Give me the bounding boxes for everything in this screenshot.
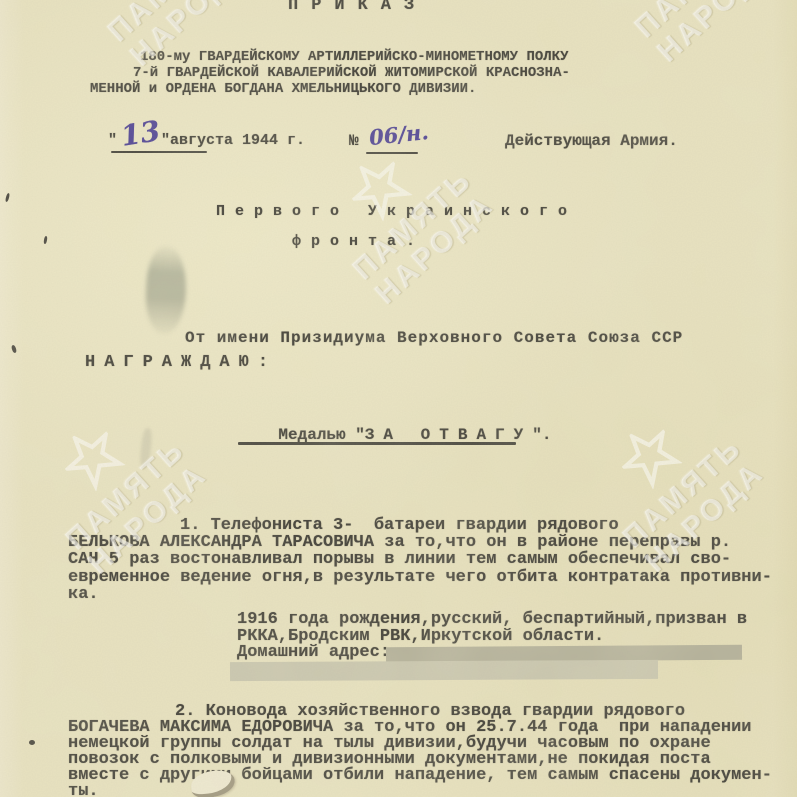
watermark-text-line2: НАРОДА [651, 0, 782, 69]
star-icon [609, 416, 688, 495]
ink-speck [29, 740, 35, 745]
entry-2-paragraph: 2. Коновода хозяйственного взвода гварди… [68, 704, 797, 797]
watermark-text-line1: ПАМЯТЬ [102, 0, 234, 48]
ink-mark-1 [5, 193, 10, 202]
medal-underline [238, 442, 516, 445]
date-month-year: "августа 1944 г. [161, 132, 305, 149]
medal-suffix: ". [532, 426, 551, 444]
doc-title: ПРИКАЗ [288, 0, 427, 15]
day-underline [111, 151, 207, 153]
header-line-2: 7-й ГВАРДЕЙСКОЙ КАВАЛЕРИЙСКОЙ ЖИТОМИРСКО… [133, 65, 570, 81]
paper-stain-smudge [144, 245, 189, 335]
date-open-quote: " [108, 132, 117, 149]
header-line-3: МЕННОЙ и ОРДЕНА БОГДАНА ХМЕЛЬНИЦЬКОГО ДИ… [90, 81, 476, 97]
watermark-text-line1: ПАМЯТЬ [629, 0, 761, 44]
handwritten-day: 13 [119, 114, 163, 153]
number-underline [366, 152, 418, 154]
handwritten-number: 06/н. [368, 119, 430, 150]
header-line-1: 180-му ГВАРДЕЙСКОМУ АРТИЛЛЕРИЙСКО-МИНОМЕ… [140, 49, 568, 65]
award-verb: НАГРАЖДАЮ: [85, 353, 277, 372]
front-name-line2: фронта. [292, 233, 425, 250]
army-label: Действующая Армия. [505, 132, 678, 150]
redaction-bar-2 [230, 660, 658, 681]
star-icon [52, 418, 131, 497]
ink-mark-3 [11, 345, 17, 354]
paper-stain-faint [139, 428, 153, 469]
number-sign: № [349, 132, 359, 150]
entry-1-paragraph: 1. Телефониста 3- батареи гвардии рядово… [68, 517, 797, 603]
watermark-text-line1: ПАМЯТЬ [347, 163, 479, 286]
medal-line: Медалью "ЗА ОТВАГУ". [240, 408, 551, 462]
watermark: ПАМЯТЬ НАРОДА [577, 0, 793, 78]
ink-mark-2 [43, 236, 47, 244]
preamble-line: От имени Призидиума Верховного Совета Со… [185, 329, 683, 347]
document-page: ПРИКАЗ 180-му ГВАРДЕЙСКОМУ АРТИЛЛЕРИЙСКО… [0, 0, 797, 797]
front-name-line1: Первого Украинского [216, 203, 577, 220]
